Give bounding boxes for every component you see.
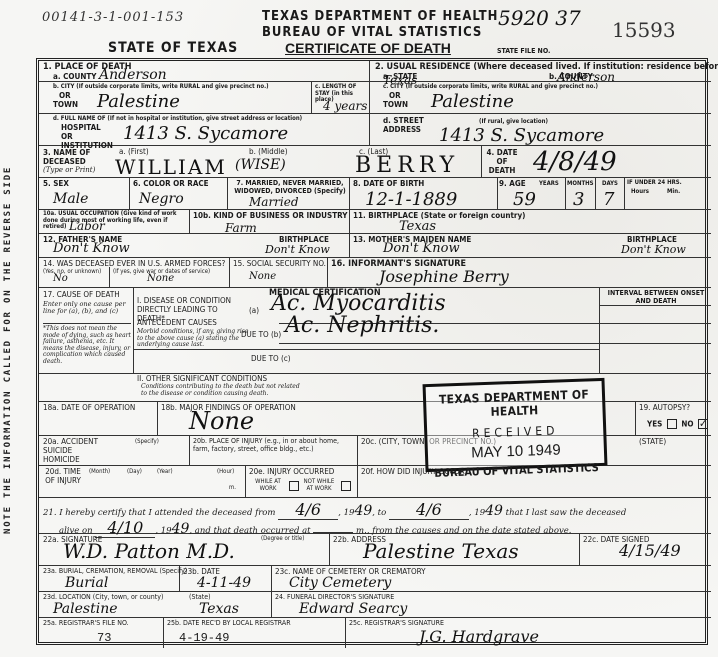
degree-label: (Degree or title) <box>261 536 304 543</box>
due-c-label: DUE TO (c) <box>251 355 291 364</box>
interval-label: INTERVAL BETWEEN ONSET AND DEATH <box>603 290 709 305</box>
res-county-value: Anderson <box>557 70 615 84</box>
pod-county-value: Anderson <box>99 67 167 83</box>
days-value: 7 <box>603 189 614 210</box>
ssn-label: 15. SOCIAL SECURITY NO. <box>233 260 326 269</box>
informant-value: Josephine Berry <box>379 267 509 286</box>
agency-title: TEXAS DEPARTMENT OF HEALTH <box>262 9 498 24</box>
pod-institution-label: d. FULL NAME OF (If not in hospital or i… <box>53 116 302 123</box>
death-certificate-page: NOTE THE INFORMATION CALLED FOR ON THE R… <box>0 0 718 657</box>
sex-label: 5. SEX <box>43 180 69 189</box>
certify-line2: alive on 4/10, 1949, and that death occu… <box>59 519 572 538</box>
certificate-title: CERTIFICATE OF DEATH <box>285 40 451 56</box>
father-value: Don't Know <box>53 241 130 256</box>
time-of-injury-label: 20d. TIME OF INJURY <box>43 468 83 486</box>
stamp-date: MAY 10 1949 <box>428 440 604 463</box>
burial-date-value: 4-11-49 <box>197 575 251 591</box>
autopsy-no-checkbox[interactable] <box>698 419 708 429</box>
date-of-death-label: 4. DATE OF DEATH <box>485 149 519 175</box>
stamp-received: RECEIVED <box>427 422 603 442</box>
res-street-value: 1413 S. Sycamore <box>439 125 604 146</box>
state-title: STATE OF TEXAS <box>108 40 238 56</box>
last-name-value: BERRY <box>355 153 459 178</box>
dob-value: 12-1-1889 <box>365 189 457 210</box>
injury-state-label: (STATE) <box>639 438 666 447</box>
birthplace-label: 11. BIRTHPLACE (State or foreign country… <box>353 212 525 221</box>
pod-city-value: Palestine <box>97 91 180 112</box>
stamp-agency: TEXAS DEPARTMENT OF HEALTH <box>426 387 603 421</box>
pod-county-label: a. COUNTY <box>53 73 96 82</box>
certificate-header: 00141-3-1-001-153 TEXAS DEPARTMENT OF HE… <box>0 0 718 60</box>
date-signed-value: 4/15/49 <box>619 541 681 560</box>
age-label: 9. AGE <box>499 180 526 189</box>
sex-value: Male <box>53 191 88 207</box>
received-stamp: TEXAS DEPARTMENT OF HEALTH RECEIVED MAY … <box>423 378 608 472</box>
occupation-label: 10a. USUAL OCCUPATION (Give kind of work… <box>43 211 187 231</box>
file-number: 15593 <box>612 18 676 42</box>
injury-hour: (Hour) <box>217 469 234 476</box>
attended-from-value: 4/6 <box>278 501 338 520</box>
years-label: YEARS <box>539 181 559 188</box>
antecedent-label: ANTECEDENT CAUSES <box>137 319 217 328</box>
usual-residence-label: 2. USUAL RESIDENCE (Where deceased lived… <box>375 63 718 73</box>
address-value: Palestine Texas <box>363 539 519 563</box>
occupation-value: Labor <box>69 219 105 233</box>
registrar-file-value: 73 <box>97 631 111 645</box>
cemetery-value: City Cemetery <box>289 575 391 591</box>
state-file-label: STATE FILE NO. <box>497 47 550 55</box>
bureau-title: BUREAU OF VITAL STATISTICS <box>262 25 482 40</box>
registrar-date-label: 25b. DATE REC'D BY LOCAL REGISTRAR <box>167 620 291 628</box>
injury-year: (Year) <box>157 469 173 476</box>
name-sub: (Type or Print) <box>43 167 95 175</box>
dob-label: 8. DATE OF BIRTH <box>353 180 424 189</box>
autopsy-yes-label: YES <box>647 420 662 429</box>
mother-value: Don't Know <box>383 241 460 256</box>
cause-instructions: Enter only one cause per line for (a), (… <box>43 301 131 315</box>
registrar-file-label: 25a. REGISTRAR'S FILE NO. <box>43 620 129 628</box>
mother-birthplace-value: Don't Know <box>621 243 686 256</box>
death-time-value <box>313 532 353 533</box>
burial-type-value: Burial <box>65 575 108 591</box>
location-state-value: Texas <box>199 601 239 617</box>
signature-value: W.D. Patton M.D. <box>63 539 235 563</box>
not-while-at-work-label: NOT WHILE AT WORK <box>301 479 337 492</box>
index-number: 00141-3-1-001-153 <box>42 10 184 25</box>
attended-year2-value: 49 <box>485 503 503 519</box>
father-birthplace-value: Don't Know <box>265 243 330 256</box>
while-at-work-label: WHILE AT WORK <box>251 479 285 492</box>
ssn-value: None <box>249 271 276 282</box>
cause-b-value: Ac. Nephritis. <box>285 313 439 338</box>
res-city-value: Palestine <box>431 91 514 112</box>
res-street-label: d. STREET ADDRESS <box>383 117 437 135</box>
years-value: 59 <box>513 189 536 210</box>
cause-label: 17. CAUSE OF DEATH <box>43 291 120 300</box>
date-of-death-value: 4/8/49 <box>533 147 617 177</box>
stamp-bureau: BUREAU OF VITAL STATISTICS <box>428 461 604 480</box>
business-value: Farm <box>225 221 257 235</box>
side-note: NOTE THE INFORMATION CALLED FOR ON THE R… <box>3 100 23 600</box>
marital-value: Married <box>249 195 299 209</box>
certificate-form: 1. PLACE OF DEATH a. COUNTY Anderson b. … <box>36 58 708 645</box>
location-value: Palestine <box>53 601 118 617</box>
pod-stay-value: 4 years <box>323 99 367 113</box>
autopsy-options: YES NO <box>647 419 710 429</box>
color-value: Negro <box>139 191 184 207</box>
registrar-signature-value: J.G. Hardgrave <box>419 627 539 646</box>
alive-on-value: 4/10 <box>95 519 155 538</box>
handwritten-number: 5920 37 <box>498 6 581 30</box>
pod-institution-sub: HOSPITAL OR INSTITUTION <box>61 124 111 150</box>
name-label: 3. NAME OF DECEASED <box>43 149 113 167</box>
months-value: 3 <box>573 189 584 210</box>
cause-note: *This does not mean the mode of dying, s… <box>43 323 131 366</box>
place-of-injury-label: 20b. PLACE OF INJURY (e.g., in or about … <box>193 438 343 453</box>
first-name-value: WILLIAM <box>115 155 227 179</box>
color-label: 6. COLOR OR RACE <box>133 180 209 189</box>
not-while-at-work-checkbox[interactable] <box>341 481 351 491</box>
a-label: (a) <box>249 307 259 316</box>
pod-institution-value: 1413 S. Sycamore <box>123 123 288 144</box>
op-findings-value: None <box>189 407 254 435</box>
injury-m: m. <box>229 485 236 492</box>
birthplace-value: Texas <box>399 219 436 234</box>
antecedent-sub: Morbid conditions, if any, giving rise t… <box>137 329 255 349</box>
under24-label: IF UNDER 24 HRS. <box>627 180 682 187</box>
injury-month: (Month) <box>89 469 110 476</box>
autopsy-no-label: NO <box>681 420 693 429</box>
funeral-director-value: Edward Searcy <box>299 601 407 617</box>
min-label: Min. <box>667 189 680 196</box>
middle-name-value: (WISE) <box>235 157 286 173</box>
armed-dates-value: None <box>147 273 174 284</box>
autopsy-label: 19. AUTOPSY? <box>639 404 690 413</box>
middle-name-label: b. (Middle) <box>249 148 288 157</box>
days-label: DAYS <box>602 181 618 188</box>
due-b-label: DUE TO (b) <box>241 331 281 340</box>
months-label: MONTHS <box>567 181 594 188</box>
certify-line1: 21. I hereby certify that I attended the… <box>43 501 626 520</box>
while-at-work-checkbox[interactable] <box>289 481 299 491</box>
res-city-town: TOWN <box>383 101 408 110</box>
armed-forces-value: No <box>53 273 68 284</box>
hours-label: Hours <box>631 189 649 196</box>
injury-occurred-label: 20e. INJURY OCCURRED <box>249 468 334 477</box>
armed-forces-sub1: (Yes, no, or unknown) <box>43 269 101 276</box>
op-date-label: 18a. DATE OF OPERATION <box>43 404 135 413</box>
pod-city-town: TOWN <box>53 101 78 110</box>
pod-city-label: b. CITY (If outside corporate limits, wr… <box>53 84 269 91</box>
attended-to-value: 4/6 <box>389 501 469 520</box>
marital-label: 7. MARRIED, NEVER MARRIED, WIDOWED, DIVO… <box>233 180 347 195</box>
accident-specify: (Specify) <box>135 439 159 446</box>
accident-label: 20a. ACCIDENT SUICIDE HOMICIDE <box>43 438 103 464</box>
res-city-label: c. CITY (If outside corporate limits, wr… <box>383 84 598 91</box>
alive-year-value: 49 <box>172 521 190 537</box>
injury-day: (Day) <box>127 469 142 476</box>
registrar-date-value: 4-19-49 <box>179 631 229 645</box>
other-conditions-sub: Conditions contributing to the death but… <box>141 384 301 397</box>
autopsy-yes-checkbox[interactable] <box>667 419 677 429</box>
business-label: 10b. KIND OF BUSINESS OR INDUSTRY <box>193 212 347 221</box>
attended-year1-value: 49 <box>354 503 372 519</box>
